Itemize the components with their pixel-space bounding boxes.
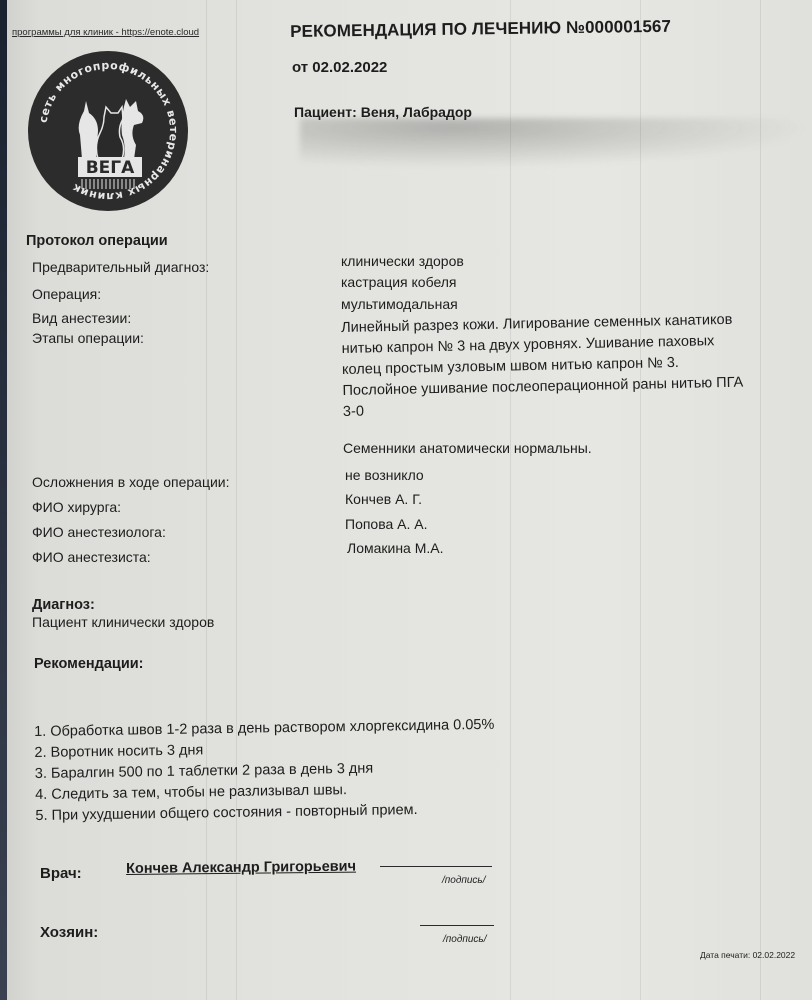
owner-signature-line	[420, 925, 494, 926]
document-page: программы для клиник - https://enote.clo…	[0, 0, 812, 1000]
operation-steps: Линейный разрез кожи. Лигирование семенн…	[341, 308, 812, 423]
field-label: ФИО анестезиолога:	[32, 524, 166, 540]
document-date: от 02.02.2022	[292, 59, 387, 76]
operation-steps-note: Семенники анатомически нормальны.	[343, 440, 592, 456]
recommendations-heading: Рекомендации:	[34, 656, 144, 672]
field-value: Ломакина М.А.	[347, 540, 444, 556]
protocol-heading: Протокол операции	[26, 233, 168, 249]
patient-info: Пациент: Веня, Лабрадор	[294, 104, 472, 120]
diagnosis-heading: Диагноз:	[32, 597, 95, 613]
doctor-name: Кончев Александр Григорьевич	[126, 859, 356, 877]
scan-streak	[206, 0, 207, 1000]
diagnosis-text: Пациент клинически здоров	[32, 614, 214, 630]
paper-fold-shadow	[300, 118, 812, 168]
doctor-label: Врач:	[40, 865, 82, 882]
doctor-signature-line	[380, 866, 492, 867]
field-value: кастрация кобеля	[341, 274, 457, 290]
clinic-logo-icon: сеть многопрофильных ветеринарных клиник…	[26, 49, 190, 213]
field-value: не возникло	[345, 467, 424, 483]
recommendations-list: 1. Обработка швов 1-2 раза в день раство…	[34, 715, 496, 827]
field-label: ФИО хирурга:	[32, 499, 121, 515]
software-link[interactable]: программы для клиник - https://enote.clo…	[12, 27, 199, 38]
doctor-signature-caption: /подпись/	[442, 875, 485, 886]
svg-text:ВЕГА: ВЕГА	[86, 158, 135, 178]
field-value: Попова А. А.	[345, 516, 428, 532]
field-value: мультимодальная	[341, 296, 458, 312]
field-label: Этапы операции:	[32, 330, 144, 346]
field-label: Предварительный диагноз:	[32, 259, 209, 275]
page-edge	[0, 0, 7, 1000]
owner-signature-caption: /подпись/	[443, 934, 486, 945]
field-label: Осложнения в ходе операции:	[32, 474, 230, 490]
scan-streak	[236, 0, 237, 1000]
owner-label: Хозяин:	[40, 924, 98, 941]
field-label: Вид анестезии:	[32, 310, 131, 326]
field-label: ФИО анестезиста:	[32, 549, 151, 565]
field-value: клинически здоров	[341, 253, 464, 269]
print-date: Дата печати: 02.02.2022	[700, 950, 795, 960]
field-label: Операция:	[32, 286, 101, 302]
field-value: Кончев А. Г.	[345, 491, 422, 507]
document-title: РЕКОМЕНДАЦИЯ ПО ЛЕЧЕНИЮ №000001567	[290, 17, 671, 42]
